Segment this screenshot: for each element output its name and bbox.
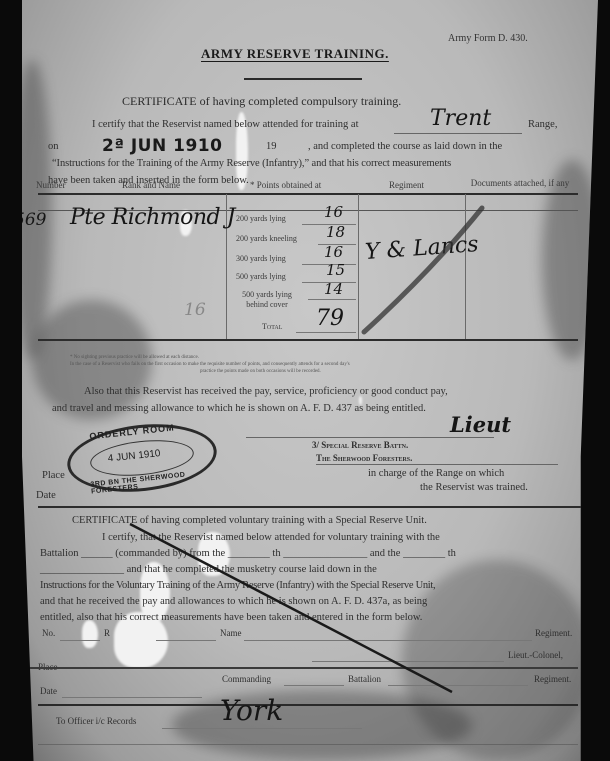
no-label: No. bbox=[42, 628, 55, 638]
points-label: 200 yards kneeling bbox=[236, 234, 297, 243]
date-stamp: 2ª JUN 1910 bbox=[102, 136, 222, 156]
margin-note: 16 bbox=[184, 300, 206, 320]
voluntary-line-3: ________________ and that he completed t… bbox=[40, 564, 377, 575]
commanding-field-line bbox=[284, 685, 344, 686]
points-line bbox=[308, 299, 356, 300]
stain bbox=[172, 690, 472, 760]
signature-line bbox=[246, 437, 494, 438]
total-line bbox=[296, 332, 356, 333]
name-field-line bbox=[244, 640, 532, 641]
certify-line-1: I certify that the Reservist named below… bbox=[92, 119, 359, 130]
points-value: 16 bbox=[324, 203, 343, 221]
soldier-number: 569 bbox=[22, 210, 46, 230]
footnote-2: In the case of a Reservist who fails on … bbox=[70, 362, 350, 367]
header-number: Number bbox=[36, 180, 66, 190]
rank-label: R bbox=[104, 628, 110, 638]
lt-col-label: Lieut.-Colonel, bbox=[508, 650, 563, 660]
certificate-page: Army Form D. 430. ARMY RESERVE TRAINING.… bbox=[22, 0, 598, 761]
date-year: 19 bbox=[266, 141, 277, 152]
header-documents: Documents attached, if any bbox=[470, 178, 570, 188]
no-field-line bbox=[60, 640, 100, 641]
range-field-line bbox=[394, 133, 522, 134]
unit-line bbox=[316, 464, 558, 465]
voluntary-title: CERTIFICATE of having completed voluntar… bbox=[72, 515, 427, 526]
strikethrough-stroke bbox=[352, 200, 492, 340]
pay-statement-line-2: and travel and messing allowance to whic… bbox=[52, 403, 426, 414]
battalion-label: Battalion bbox=[348, 674, 381, 684]
stain bbox=[32, 300, 152, 420]
divider-line bbox=[22, 667, 578, 669]
total-label: Total bbox=[262, 322, 282, 331]
form-title: ARMY RESERVE TRAINING. bbox=[201, 46, 389, 62]
footnote-3: practice the points made on both occasio… bbox=[200, 369, 321, 374]
date-label-2: Date bbox=[40, 686, 57, 696]
date-suffix: , and completed the course as laid down … bbox=[308, 141, 502, 152]
voluntary-line-4: Instructions for the Voluntary Training … bbox=[40, 580, 435, 591]
points-label: 300 yards lying bbox=[236, 254, 286, 263]
orderly-room-stamp: ORDERLY ROOM 4 JUN 1910 3RD BN THE SHERW… bbox=[64, 417, 220, 498]
date-prefix: on bbox=[48, 141, 59, 152]
charge-line-2: the Reservist was trained. bbox=[420, 482, 528, 493]
voluntary-line-6: entitled, also that his correct measurem… bbox=[40, 612, 422, 623]
paper-damage bbox=[82, 620, 98, 648]
points-value: 16 bbox=[324, 243, 343, 261]
name-label: Name bbox=[220, 628, 242, 638]
footer-rule bbox=[38, 704, 578, 706]
regiment-label: Regiment. bbox=[535, 628, 572, 638]
records-office-handwritten: York bbox=[220, 694, 283, 727]
unit-stamp-line-1: 3/ Special Reserve Battn. bbox=[312, 440, 408, 450]
title-underline bbox=[244, 78, 362, 80]
charge-line-1: in charge of the Range on which bbox=[368, 468, 504, 479]
points-label: 200 yards lying bbox=[236, 214, 286, 223]
to-officer-field-line bbox=[162, 728, 362, 729]
edge-stain bbox=[542, 160, 598, 360]
header-rank-name: Rank and Name bbox=[122, 180, 180, 190]
regiment-handwritten: Y & Lancs bbox=[364, 232, 479, 265]
col-divider bbox=[465, 194, 466, 339]
form-number: Army Form D. 430. bbox=[448, 33, 528, 44]
footnote-1: * No sighting previous practice will be … bbox=[70, 355, 199, 360]
points-label: 500 yards lying bbox=[236, 272, 286, 281]
voluntary-line-5: and that he received the pay and allowan… bbox=[40, 596, 427, 607]
regiment-label-2: Regiment. bbox=[534, 674, 571, 684]
range-suffix: Range, bbox=[528, 119, 557, 130]
points-value: 18 bbox=[326, 223, 345, 241]
table-bottom-rule bbox=[38, 339, 578, 341]
soldier-rank-name: Pte Richmond J bbox=[70, 205, 235, 230]
pay-statement-line-1: Also that this Reservist has received th… bbox=[84, 386, 448, 397]
officer-signature: Lieut bbox=[450, 412, 511, 437]
unit-stamp-line-2: The Sherwood Foresters. bbox=[316, 453, 412, 463]
date-field-line bbox=[62, 697, 202, 698]
date-label: Date bbox=[36, 490, 56, 501]
voluntary-line-2: Battalion ______ (commanded by) from the… bbox=[40, 548, 456, 559]
place-label: Place bbox=[42, 470, 65, 481]
total-value: 79 bbox=[316, 306, 344, 331]
points-value: 14 bbox=[324, 280, 343, 298]
lt-col-field-line bbox=[312, 661, 504, 662]
bottom-dotted-line bbox=[38, 744, 578, 745]
certify-line-3: “Instructions for the Training of the Ar… bbox=[52, 158, 451, 169]
points-label: 500 yards lying behind cover bbox=[236, 290, 298, 310]
section-divider bbox=[38, 506, 586, 508]
voluntary-line-1: I certify, that the Reservist named belo… bbox=[102, 532, 440, 543]
range-handwritten: Trent bbox=[430, 106, 491, 131]
to-officer-label: To Officer i/c Records bbox=[56, 716, 136, 726]
header-points: * Points obtained at bbox=[250, 180, 321, 190]
rank-field-line bbox=[156, 640, 216, 641]
points-value: 15 bbox=[326, 261, 345, 279]
stamp-top-text: ORDERLY ROOM bbox=[89, 422, 175, 441]
header-regiment: Regiment bbox=[389, 180, 424, 190]
col-divider bbox=[358, 194, 359, 339]
commanding-label: Commanding bbox=[222, 674, 271, 684]
certificate-subtitle: CERTIFICATE of having completed compulso… bbox=[122, 94, 401, 109]
table-top-rule bbox=[38, 193, 578, 195]
battalion-field-line bbox=[388, 685, 528, 686]
